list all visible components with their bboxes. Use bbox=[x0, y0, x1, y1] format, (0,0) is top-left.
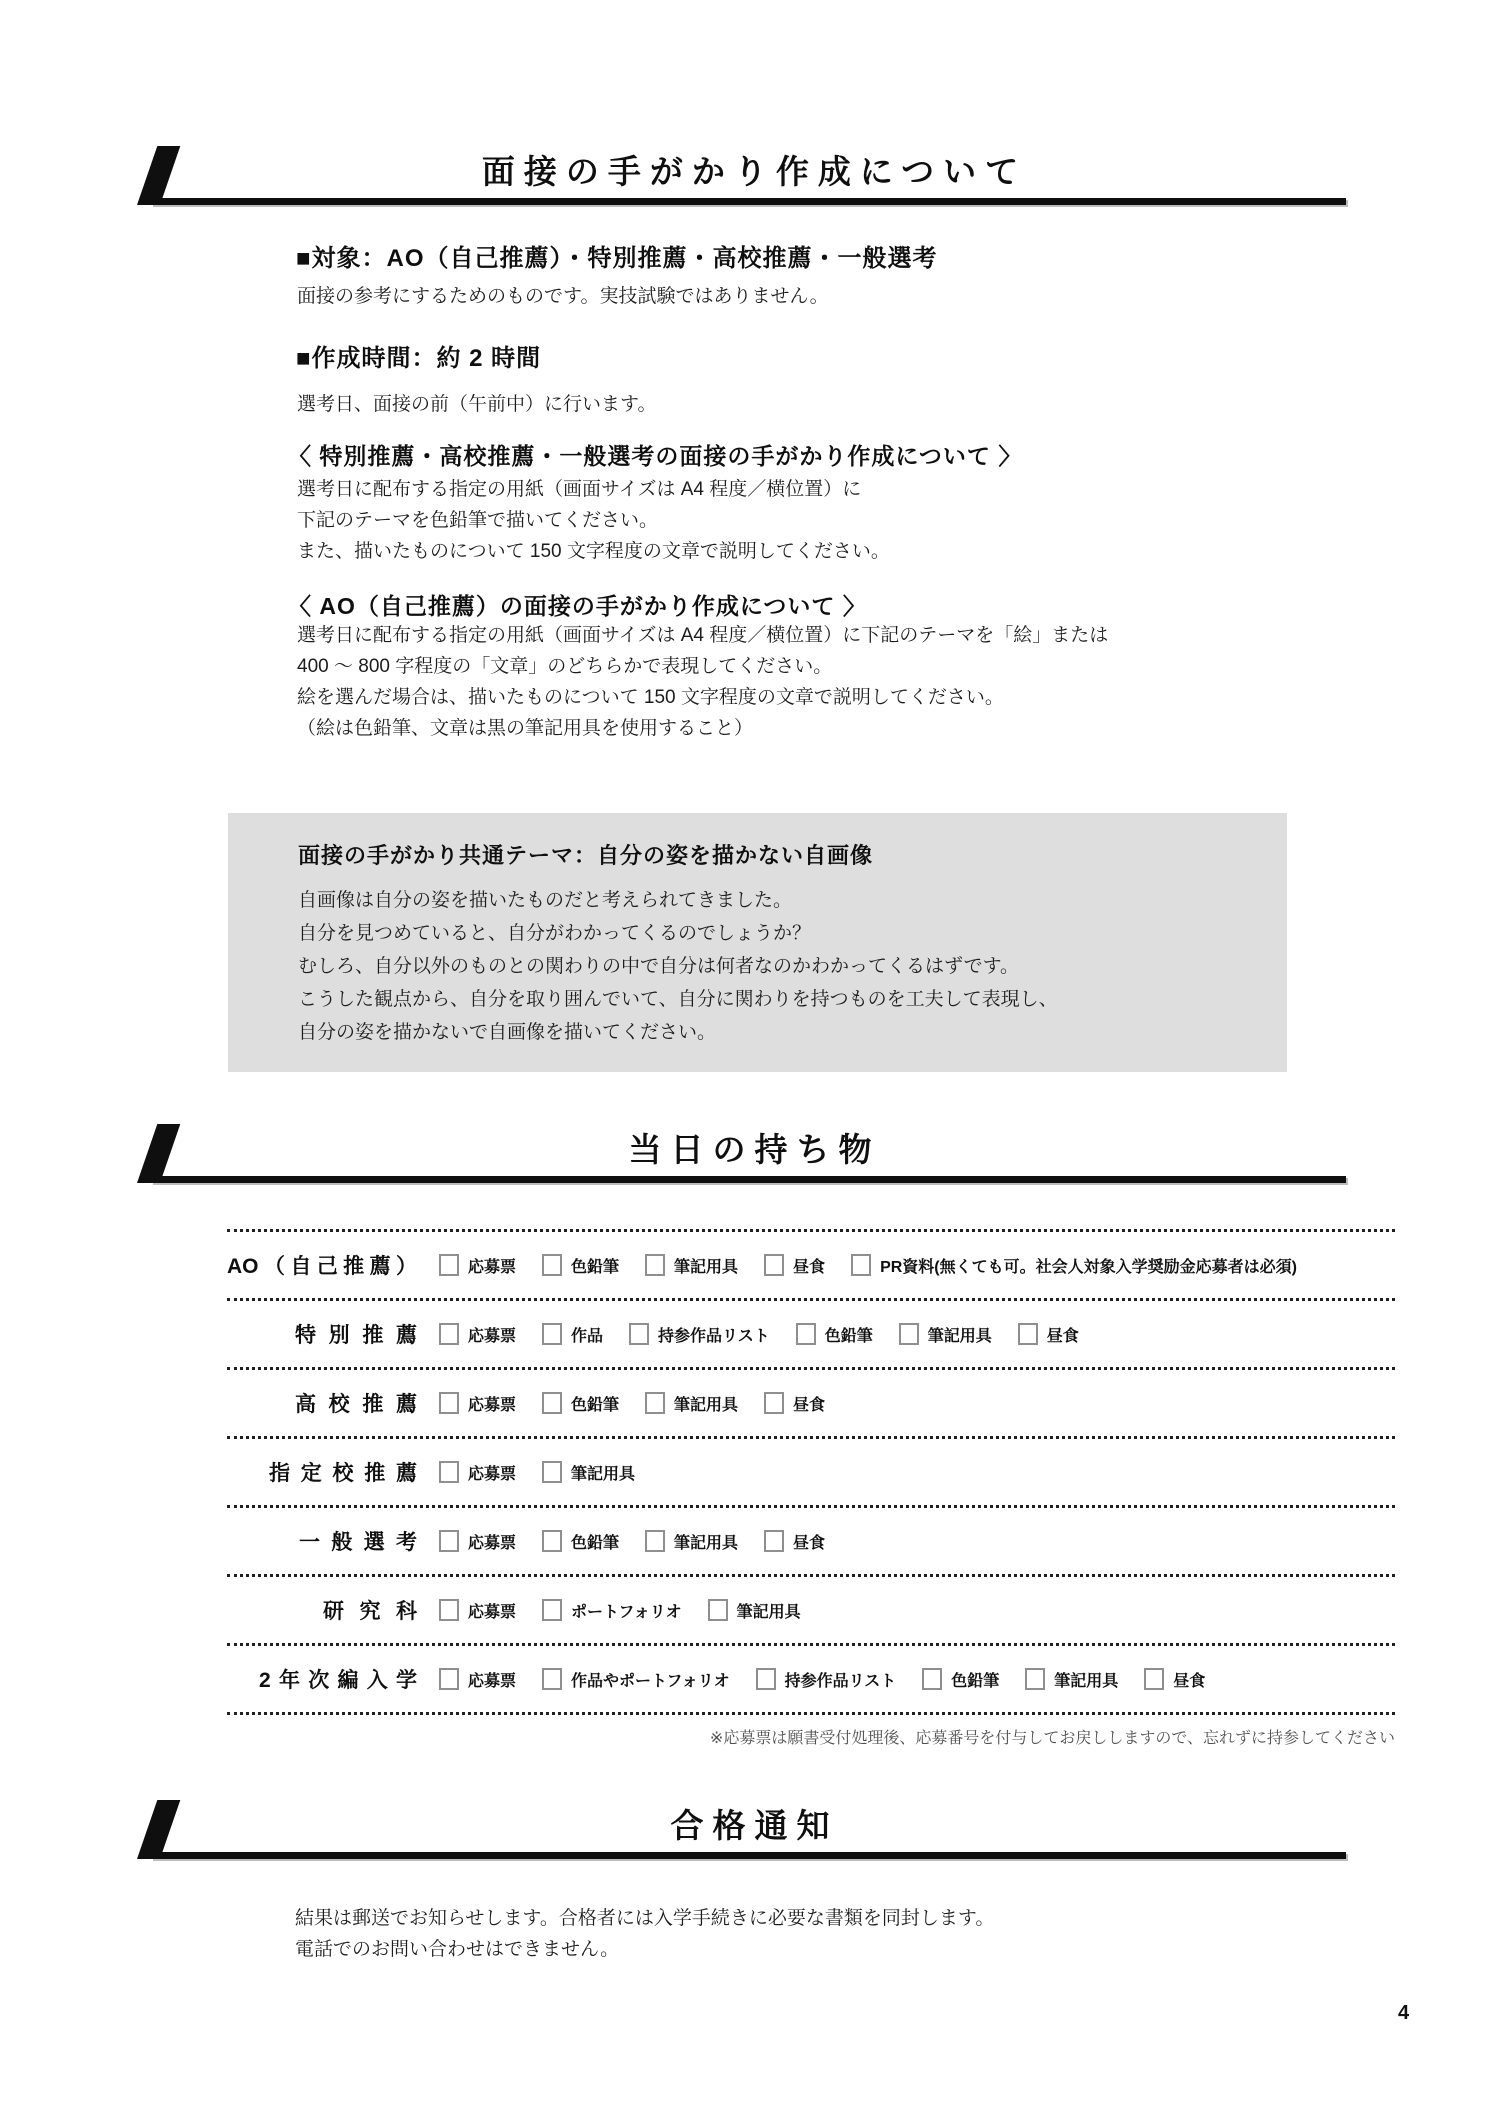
checkbox-item: 応募票 bbox=[439, 1323, 516, 1346]
section-rule bbox=[151, 198, 1346, 205]
result-line: 結果は郵送でお知らせします。合格者には入学手続きに必要な書類を同封します。 bbox=[295, 1903, 994, 1934]
checkbox-label: 応募票 bbox=[468, 1530, 516, 1553]
checkbox-label: 持参作品リスト bbox=[658, 1323, 770, 1346]
checklist: AO（自己推薦）応募票色鉛筆筆記用具昼食PR資料(無くても可。社会人対象入学奨励… bbox=[227, 1229, 1395, 1748]
checkbox-item: 応募票 bbox=[439, 1599, 516, 1622]
checkbox-label: 応募票 bbox=[468, 1254, 516, 1277]
checkbox[interactable] bbox=[645, 1530, 665, 1552]
sub2-line: 絵を選んだ場合は、描いたものについて 150 文字程度の文章で説明してください。 bbox=[297, 682, 1108, 713]
checkbox-item: 筆記用具 bbox=[708, 1599, 801, 1622]
section1-title: 面接の手がかり作成について bbox=[0, 146, 1500, 193]
sub2-heading: 〈 AO（自己推薦）の面接の手がかり作成について 〉 bbox=[288, 588, 867, 621]
section2-title: 当日の持ち物 bbox=[0, 1124, 1500, 1171]
checkbox[interactable] bbox=[629, 1323, 649, 1345]
checkbox-item: 色鉛筆 bbox=[542, 1254, 619, 1277]
checkbox-label: PR資料(無くても可。社会人対象入学奨励金応募者は必須) bbox=[880, 1254, 1297, 1277]
checkbox[interactable] bbox=[439, 1530, 459, 1552]
checkbox-item: 色鉛筆 bbox=[796, 1323, 873, 1346]
checkbox-item: 応募票 bbox=[439, 1668, 516, 1691]
checkbox-label: ポートフォリオ bbox=[571, 1599, 682, 1622]
checkbox-label: 昼食 bbox=[793, 1392, 825, 1415]
checkbox[interactable] bbox=[899, 1323, 919, 1345]
theme-box-title: 面接の手がかり共通テーマ：自分の姿を描かない自画像 bbox=[298, 839, 1247, 870]
checkbox[interactable] bbox=[645, 1254, 665, 1276]
checkbox[interactable] bbox=[439, 1461, 459, 1483]
result-line: 電話でのお問い合わせはできません。 bbox=[295, 1934, 994, 1965]
sub2-line: 選考日に配布する指定の用紙（画面サイズは A4 程度／横位置）に下記のテーマを「… bbox=[297, 620, 1108, 651]
checkbox-label: 色鉛筆 bbox=[951, 1668, 999, 1691]
checkbox-item: 昼食 bbox=[1018, 1323, 1079, 1346]
checklist-row: 特別推薦応募票作品持参作品リスト色鉛筆筆記用具昼食 bbox=[227, 1301, 1395, 1367]
checklist-row: 高校推薦応募票色鉛筆筆記用具昼食 bbox=[227, 1370, 1395, 1436]
checkbox[interactable] bbox=[1144, 1668, 1164, 1690]
sub1-line: また、描いたものについて 150 文字程度の文章で説明してください。 bbox=[297, 536, 890, 567]
checkbox-label: 応募票 bbox=[468, 1323, 516, 1346]
checkbox[interactable] bbox=[439, 1599, 459, 1621]
sub2-line: 400 ～ 800 字程度の「文章」のどちらかで表現してください。 bbox=[297, 651, 1108, 682]
row-label-column: 一般選考 bbox=[227, 1526, 417, 1556]
checkbox[interactable] bbox=[439, 1254, 459, 1276]
checkbox-item: 筆記用具 bbox=[542, 1461, 635, 1484]
checkbox-item: 持参作品リスト bbox=[629, 1323, 770, 1346]
checkbox[interactable] bbox=[764, 1530, 784, 1552]
checkbox-label: 昼食 bbox=[793, 1254, 825, 1277]
section-rule bbox=[151, 1176, 1346, 1183]
checkbox-label: 応募票 bbox=[468, 1668, 516, 1691]
checkbox[interactable] bbox=[439, 1392, 459, 1414]
checkbox-label: 昼食 bbox=[793, 1530, 825, 1553]
checkbox[interactable] bbox=[542, 1599, 562, 1621]
checkbox-item: 作品 bbox=[542, 1323, 603, 1346]
target-heading: ■対象：AO（自己推薦）・特別推薦・高校推薦・一般選考 bbox=[296, 238, 938, 273]
checkbox-label: 筆記用具 bbox=[571, 1461, 635, 1484]
checkbox-item: PR資料(無くても可。社会人対象入学奨励金応募者は必須) bbox=[851, 1254, 1297, 1277]
dotted-divider bbox=[227, 1712, 1395, 1715]
checkbox[interactable] bbox=[542, 1668, 562, 1690]
checkbox[interactable] bbox=[922, 1668, 942, 1690]
checkbox-label: 色鉛筆 bbox=[571, 1254, 619, 1277]
result-paragraph: 結果は郵送でお知らせします。合格者には入学手続きに必要な書類を同封します。 電話… bbox=[295, 1903, 994, 1965]
checkbox-label: 昼食 bbox=[1047, 1323, 1079, 1346]
checkbox-item: 色鉛筆 bbox=[542, 1392, 619, 1415]
checkbox-item: 筆記用具 bbox=[1025, 1668, 1118, 1691]
section1-header: 面接の手がかり作成について bbox=[0, 146, 1500, 205]
row-label: 指定校推薦 bbox=[269, 1457, 417, 1487]
checkbox-label: 応募票 bbox=[468, 1461, 516, 1484]
row-label: 2年次編入学 bbox=[259, 1664, 417, 1694]
row-label-column: 高校推薦 bbox=[227, 1388, 417, 1418]
theme-box: 面接の手がかり共通テーマ：自分の姿を描かない自画像 自画像は自分の姿を描いたもの… bbox=[228, 813, 1287, 1072]
checklist-row: 研究科応募票ポートフォリオ筆記用具 bbox=[227, 1577, 1395, 1643]
sub1-paragraph: 選考日に配布する指定の用紙（画面サイズは A4 程度／横位置）に 下記のテーマを… bbox=[297, 474, 890, 567]
checkbox-item: 昼食 bbox=[764, 1530, 825, 1553]
checkbox-item: 色鉛筆 bbox=[922, 1668, 999, 1691]
checkbox[interactable] bbox=[542, 1461, 562, 1483]
theme-box-line: こうした観点から、自分を取り囲んでいて、自分に関わりを持つものを工夫して表現し、 bbox=[298, 983, 1247, 1016]
checkbox[interactable] bbox=[1025, 1668, 1045, 1690]
checkbox-item: 筆記用具 bbox=[645, 1392, 738, 1415]
checklist-row: AO（自己推薦）応募票色鉛筆筆記用具昼食PR資料(無くても可。社会人対象入学奨励… bbox=[227, 1232, 1395, 1298]
theme-box-line: むしろ、自分以外のものとの関わりの中で自分は何者なのかわかってくるはずです。 bbox=[298, 950, 1247, 983]
checkbox-label: 持参作品リスト bbox=[785, 1668, 897, 1691]
checkbox-item: 応募票 bbox=[439, 1461, 516, 1484]
checkbox[interactable] bbox=[851, 1254, 871, 1276]
checkbox-item: 昼食 bbox=[764, 1254, 825, 1277]
section-rule bbox=[151, 1852, 1346, 1859]
page-number: 4 bbox=[1398, 2002, 1409, 2025]
row-label: 一般選考 bbox=[299, 1526, 417, 1556]
checkbox-label: 筆記用具 bbox=[674, 1530, 738, 1553]
row-label-column: 研究科 bbox=[227, 1595, 417, 1625]
checkbox[interactable] bbox=[645, 1392, 665, 1414]
bring-note: ※応募票は願書受付処理後、応募番号を付与してお戻ししますので、忘れずに持参してく… bbox=[227, 1725, 1395, 1748]
checkbox-item: 応募票 bbox=[439, 1530, 516, 1553]
section2-header: 当日の持ち物 bbox=[0, 1124, 1500, 1183]
checkbox-item: 色鉛筆 bbox=[542, 1530, 619, 1553]
section3-header: 合格通知 bbox=[0, 1800, 1500, 1859]
row-label-column: AO（自己推薦） bbox=[227, 1250, 417, 1280]
row-label-column: 特別推薦 bbox=[227, 1319, 417, 1349]
checkbox-item: 応募票 bbox=[439, 1254, 516, 1277]
checkbox-item: 持参作品リスト bbox=[756, 1668, 897, 1691]
row-label: 高校推薦 bbox=[295, 1388, 417, 1418]
checkbox[interactable] bbox=[542, 1254, 562, 1276]
checkbox-item: 昼食 bbox=[1144, 1668, 1205, 1691]
row-label-column: 指定校推薦 bbox=[227, 1457, 417, 1487]
row-label: 特別推薦 bbox=[295, 1319, 417, 1349]
row-label: 研究科 bbox=[323, 1595, 417, 1625]
row-label: AO（自己推薦） bbox=[227, 1250, 417, 1280]
sub2-paragraph: 選考日に配布する指定の用紙（画面サイズは A4 程度／横位置）に下記のテーマを「… bbox=[297, 620, 1108, 744]
checkbox-label: 色鉛筆 bbox=[571, 1530, 619, 1553]
checkbox[interactable] bbox=[542, 1392, 562, 1414]
checklist-rows: AO（自己推薦）応募票色鉛筆筆記用具昼食PR資料(無くても可。社会人対象入学奨励… bbox=[227, 1229, 1395, 1715]
checkbox-label: 作品 bbox=[571, 1323, 603, 1346]
checkbox[interactable] bbox=[542, 1530, 562, 1552]
sub2-line: （絵は色鉛筆、文章は黒の筆記用具を使用すること） bbox=[297, 713, 1108, 744]
checkbox[interactable] bbox=[439, 1323, 459, 1345]
checkbox[interactable] bbox=[756, 1668, 776, 1690]
checkbox-label: 筆記用具 bbox=[928, 1323, 992, 1346]
checkbox-item: 作品やポートフォリオ bbox=[542, 1668, 730, 1691]
sub1-line: 選考日に配布する指定の用紙（画面サイズは A4 程度／横位置）に bbox=[297, 474, 890, 505]
theme-box-body: 自画像は自分の姿を描いたものだと考えられてきました。 自分を見つめていると、自分… bbox=[298, 884, 1247, 1049]
checkbox-label: 応募票 bbox=[468, 1599, 516, 1622]
sub1-line: 下記のテーマを色鉛筆で描いてください。 bbox=[297, 505, 890, 536]
theme-box-line: 自分の姿を描かないで自画像を描いてください。 bbox=[298, 1016, 1247, 1049]
checkbox-label: 作品やポートフォリオ bbox=[571, 1668, 730, 1691]
checkbox[interactable] bbox=[542, 1323, 562, 1345]
checkbox-label: 筆記用具 bbox=[737, 1599, 801, 1622]
theme-box-line: 自画像は自分の姿を描いたものだと考えられてきました。 bbox=[298, 884, 1247, 917]
row-label-column: 2年次編入学 bbox=[227, 1664, 417, 1694]
checkbox[interactable] bbox=[439, 1668, 459, 1690]
checklist-row: 2年次編入学応募票作品やポートフォリオ持参作品リスト色鉛筆筆記用具昼食 bbox=[227, 1646, 1395, 1712]
checkbox[interactable] bbox=[764, 1254, 784, 1276]
checkbox-label: 色鉛筆 bbox=[825, 1323, 873, 1346]
checkbox-label: 筆記用具 bbox=[1054, 1668, 1118, 1691]
target-body: 面接の参考にするためのものです。実技試験ではありません。 bbox=[297, 281, 829, 312]
time-body: 選考日、面接の前（午前中）に行います。 bbox=[297, 389, 656, 420]
checkbox-item: 応募票 bbox=[439, 1392, 516, 1415]
theme-box-line: 自分を見つめていると、自分がわかってくるのでしょうか？ bbox=[298, 917, 1247, 950]
checklist-row: 指定校推薦応募票筆記用具 bbox=[227, 1439, 1395, 1505]
checkbox-label: 筆記用具 bbox=[674, 1392, 738, 1415]
checkbox-label: 筆記用具 bbox=[674, 1254, 738, 1277]
checkbox-label: 色鉛筆 bbox=[571, 1392, 619, 1415]
section3-title: 合格通知 bbox=[0, 1800, 1500, 1847]
checkbox[interactable] bbox=[1018, 1323, 1038, 1345]
time-heading: ■作成時間：約 2 時間 bbox=[296, 338, 541, 373]
checklist-row: 一般選考応募票色鉛筆筆記用具昼食 bbox=[227, 1508, 1395, 1574]
checkbox[interactable] bbox=[708, 1599, 728, 1621]
checkbox-label: 応募票 bbox=[468, 1392, 516, 1415]
checkbox[interactable] bbox=[796, 1323, 816, 1345]
sub1-heading: 〈 特別推薦・高校推薦・一般選考の面接の手がかり作成について 〉 bbox=[288, 438, 1022, 471]
checkbox-item: 筆記用具 bbox=[645, 1254, 738, 1277]
checkbox-item: 昼食 bbox=[764, 1392, 825, 1415]
checkbox-item: ポートフォリオ bbox=[542, 1599, 682, 1622]
checkbox-label: 昼食 bbox=[1173, 1668, 1205, 1691]
checkbox-item: 筆記用具 bbox=[899, 1323, 992, 1346]
checkbox[interactable] bbox=[764, 1392, 784, 1414]
checkbox-item: 筆記用具 bbox=[645, 1530, 738, 1553]
